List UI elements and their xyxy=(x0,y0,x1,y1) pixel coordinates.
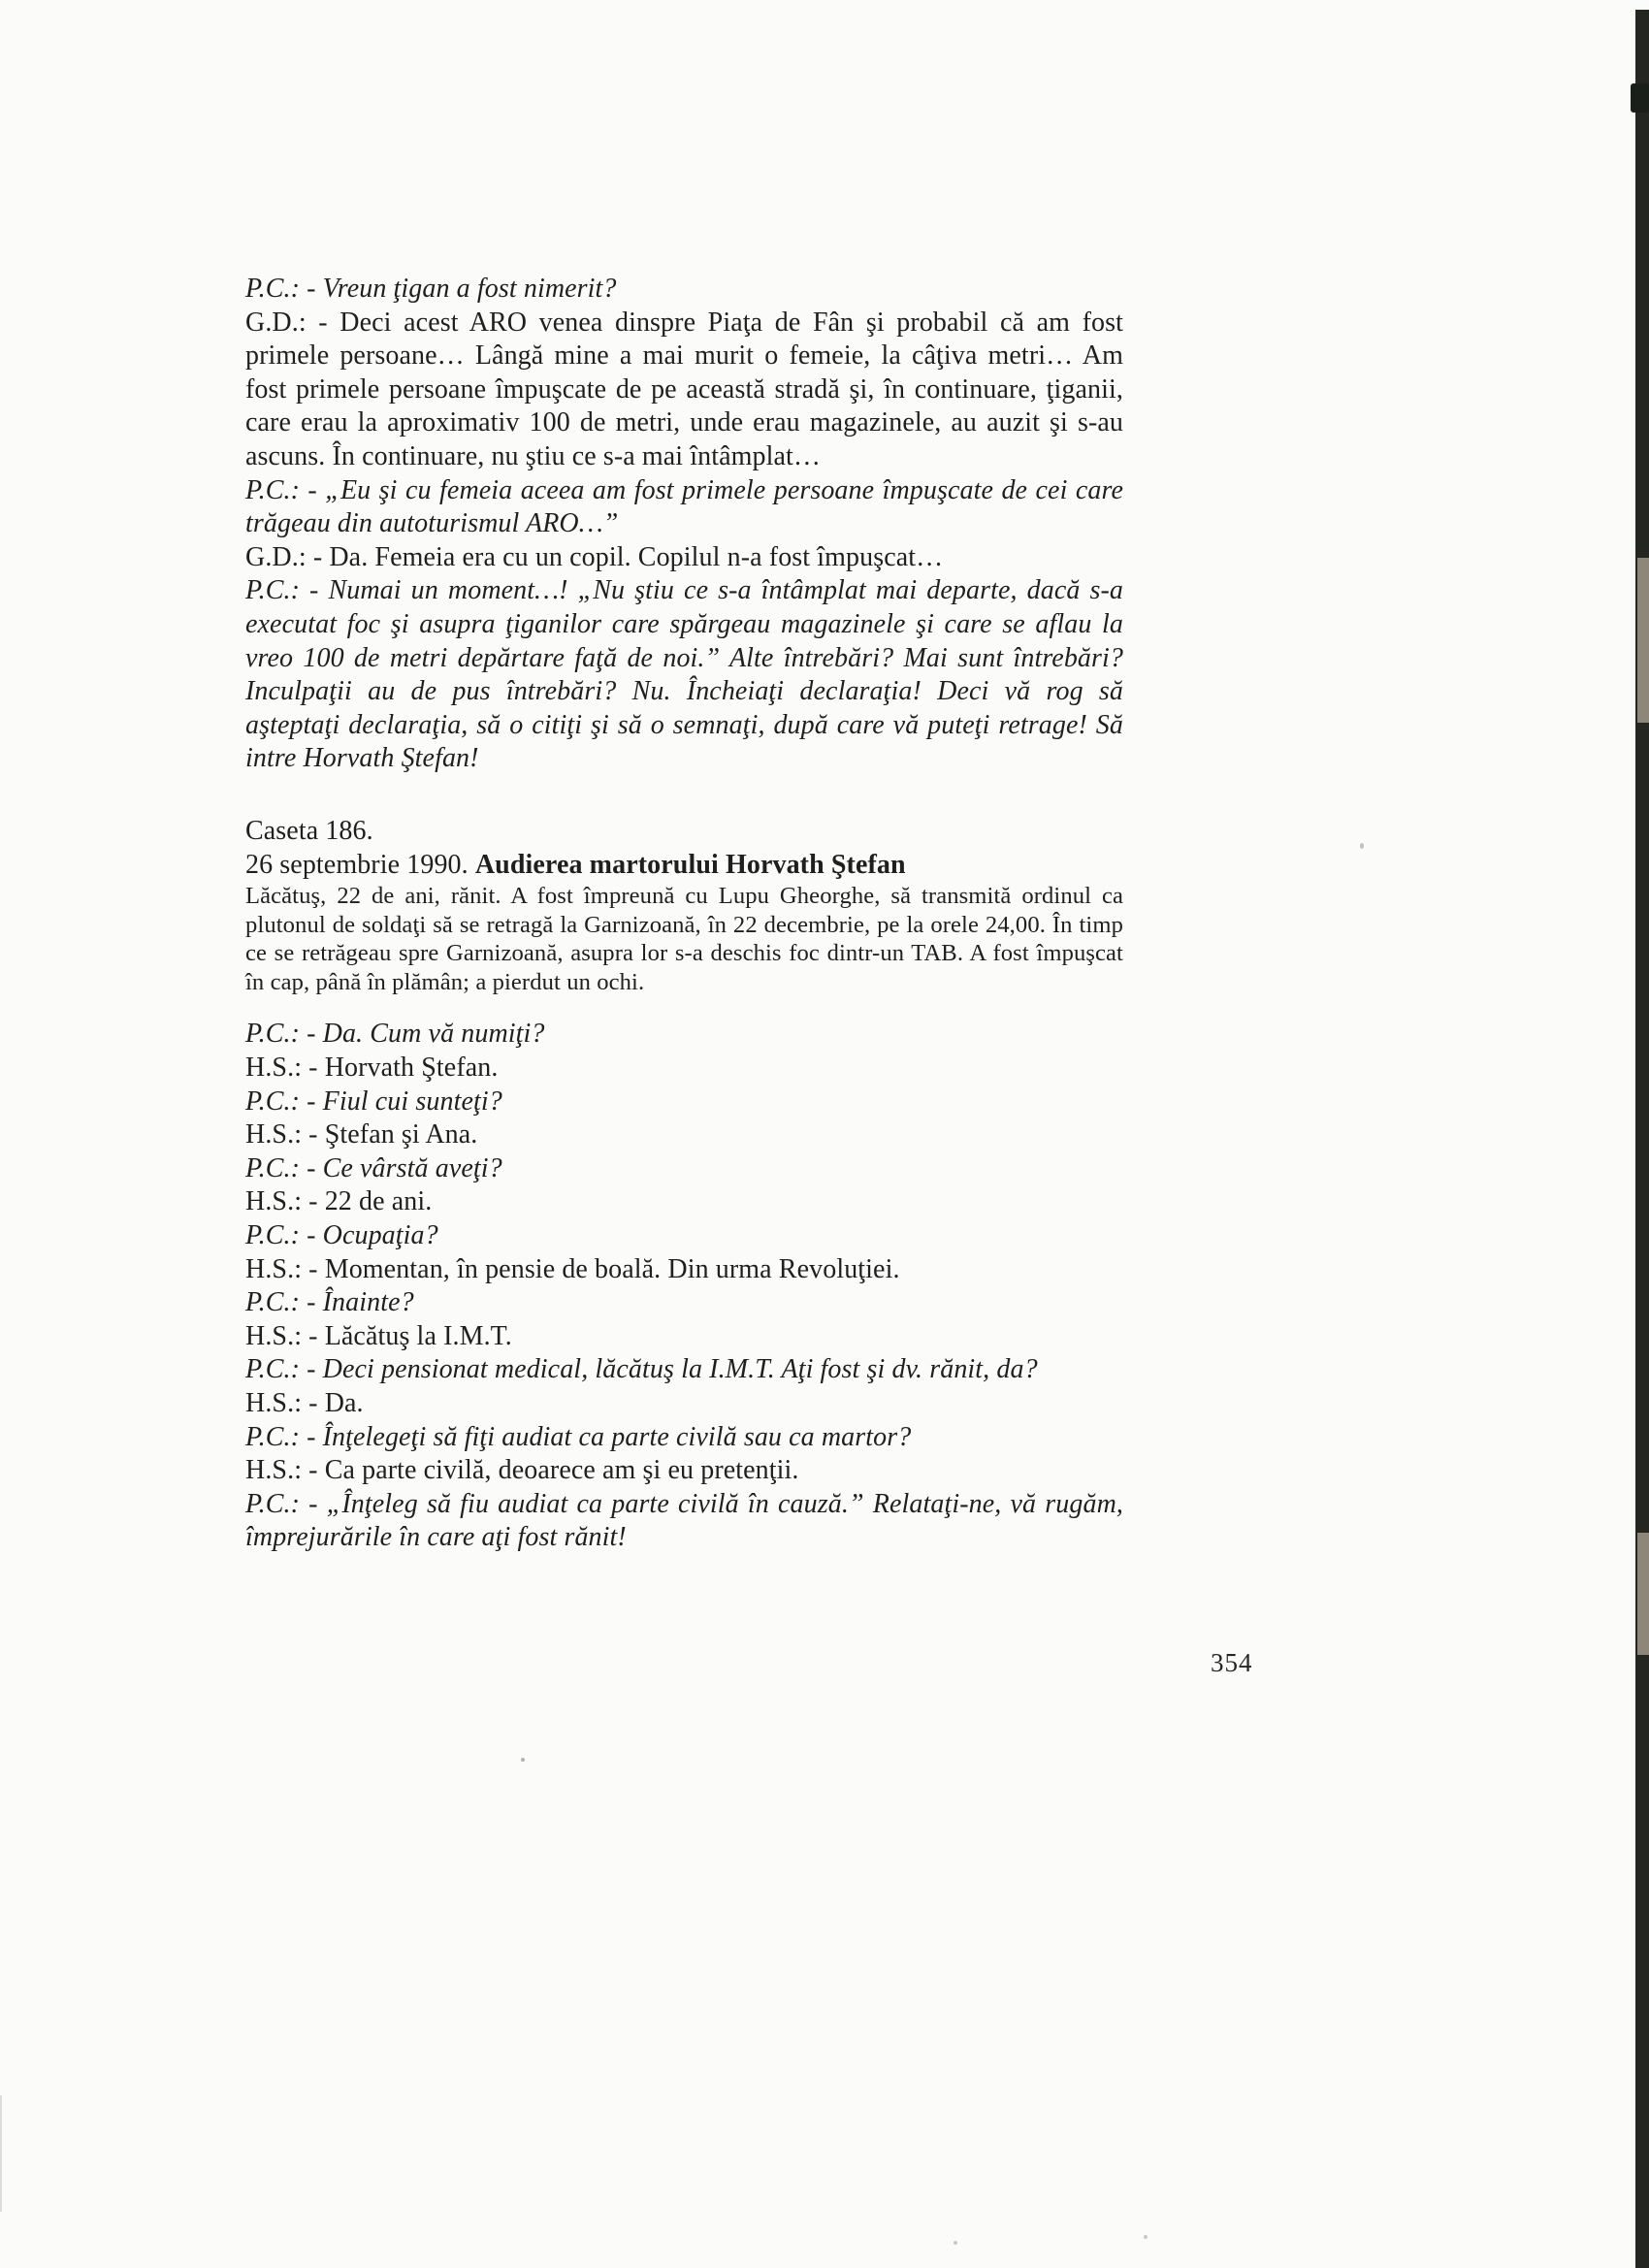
session-date: 26 septembrie 1990. xyxy=(245,850,475,880)
dialogue-line: H.S.: - Da. xyxy=(245,1387,1123,1421)
dialogue-line: P.C.: - Ce vârstă aveţi? xyxy=(245,1152,1123,1186)
book-edge-highlight xyxy=(1637,1533,1649,1655)
gd-answer-paragraph: G.D.: - Deci acest ARO venea dinspre Pia… xyxy=(245,307,1123,474)
pc-quote-paragraph: P.C.: - „Eu şi cu femeia aceea am fost p… xyxy=(245,474,1123,541)
session-heading: 26 septembrie 1990. Audierea martorului … xyxy=(245,849,1123,883)
dialogue-line: H.S.: - Ca parte civilă, deoarece am şi … xyxy=(245,1454,1123,1488)
dialogue-line: P.C.: - Da. Cum vă numiţi? xyxy=(245,1018,1123,1052)
dialogue-line: P.C.: - Deci pensionat medical, lăcătuş … xyxy=(245,1353,1123,1387)
session-title: Audierea martorului Horvath Ştefan xyxy=(475,850,906,880)
witness-description: Lăcătuş, 22 de ani, rănit. A fost împreu… xyxy=(245,882,1123,996)
scan-speck xyxy=(521,1758,525,1762)
dialogue-block: P.C.: - Da. Cum vă numiţi? H.S.: - Horva… xyxy=(245,1018,1123,1555)
scan-speck xyxy=(1360,843,1364,849)
book-edge-highlight xyxy=(1637,558,1649,723)
book-edge-shadow xyxy=(1635,10,1649,2268)
dialogue-line: H.S.: - Momentan, în pensie de boală. Di… xyxy=(245,1253,1123,1287)
caseta-number: Caseta 186. xyxy=(245,815,1123,849)
page-number: 354 xyxy=(1211,1648,1253,1678)
scan-crease xyxy=(0,2095,2,2212)
gd-answer-line: G.D.: - Da. Femeia era cu un copil. Copi… xyxy=(245,541,1123,575)
dialogue-line: P.C.: - Înţelegeţi să fiţi audiat ca par… xyxy=(245,1421,1123,1455)
dialogue-line: H.S.: - 22 de ani. xyxy=(245,1185,1123,1219)
pc-question-line: P.C.: - Vreun ţigan a fost nimerit? xyxy=(245,273,1123,307)
dialogue-line: P.C.: - Înainte? xyxy=(245,1286,1123,1320)
dialogue-line: P.C.: - Ocupaţia? xyxy=(245,1219,1123,1253)
dialogue-line: H.S.: - Horvath Ştefan. xyxy=(245,1052,1123,1085)
dialogue-line: H.S.: - Ştefan şi Ana. xyxy=(245,1118,1123,1152)
scanned-page: P.C.: - Vreun ţigan a fost nimerit? G.D.… xyxy=(0,0,1649,2268)
scan-speck xyxy=(954,2241,957,2245)
dialogue-line: P.C.: - Fiul cui sunteţi? xyxy=(245,1085,1123,1119)
scan-speck xyxy=(1144,2235,1148,2239)
pc-closing-paragraph: P.C.: - Numai un moment…! „Nu ştiu ce s-… xyxy=(245,574,1123,776)
dialogue-line: H.S.: - Lăcătuş la I.M.T. xyxy=(245,1320,1123,1354)
dialogue-line: P.C.: - „Înţeleg să fiu audiat ca parte … xyxy=(245,1488,1123,1555)
book-edge-blot xyxy=(1631,83,1649,113)
transcript-text-column: P.C.: - Vreun ţigan a fost nimerit? G.D.… xyxy=(245,273,1123,1555)
